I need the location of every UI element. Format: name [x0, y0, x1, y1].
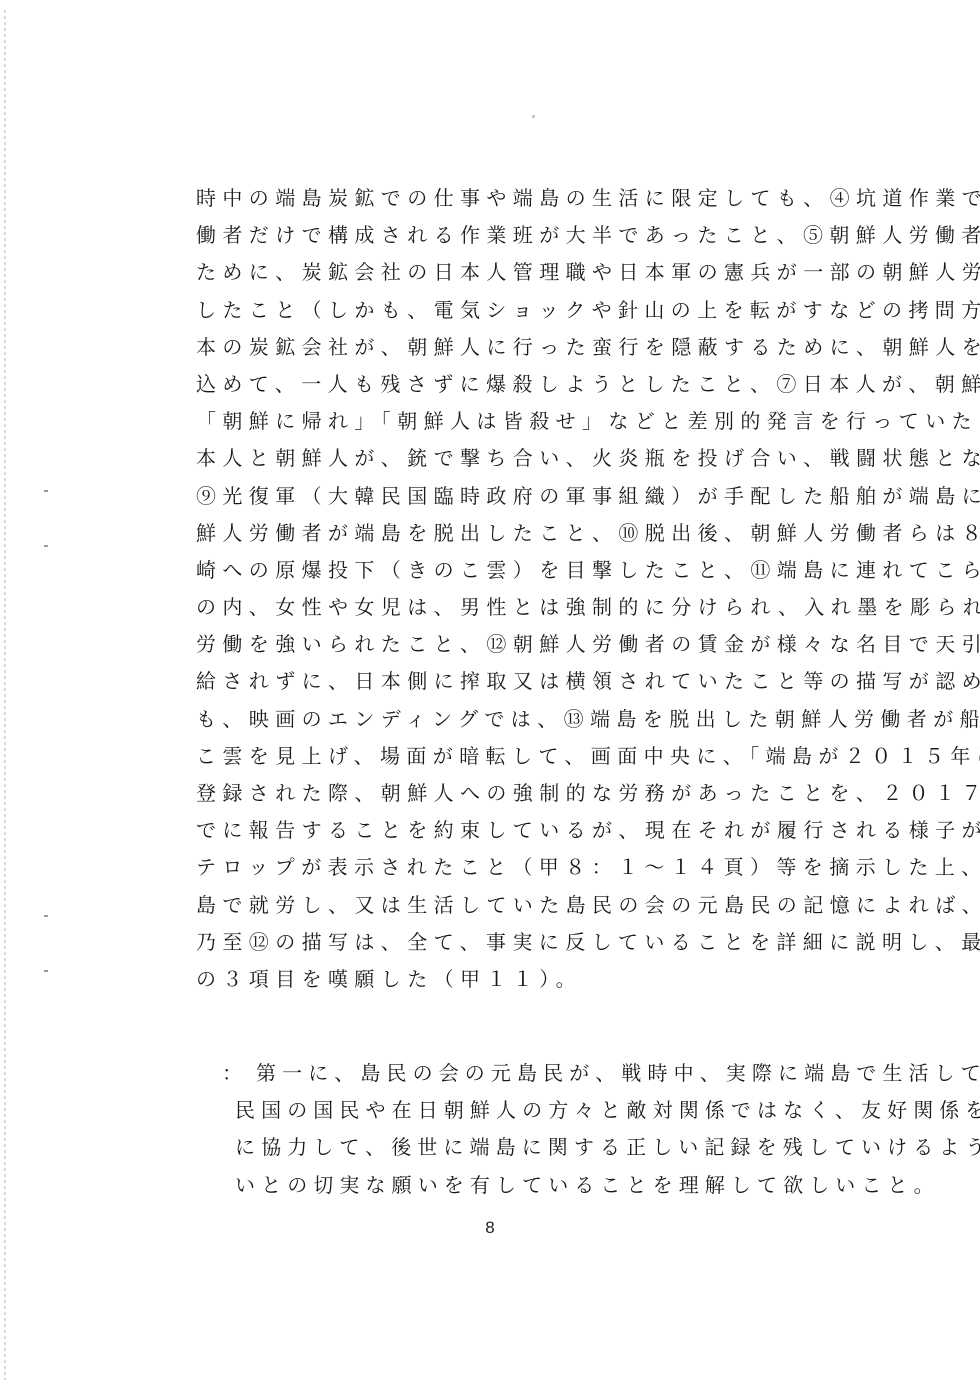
punch-hole-mark	[44, 915, 48, 917]
paragraph-line: テロップが表示されたこと（甲８：１～１４頁）等を摘示した上、戦時中、端	[196, 849, 866, 886]
list-item-line: 第一に、島民の会の元島民が、戦時中、実際に端島で生活していた大韓	[235, 1055, 980, 1092]
paragraph-line: したこと（しかも、電気ショックや針山の上を転がすなどの拷問方法）、⑥日	[196, 292, 866, 329]
page-number: 8	[0, 1218, 980, 1238]
body-paragraph: 時中の端島炭鉱での仕事や端島の生活に限定しても、④坑道作業で、朝鮮人労 働者だけ…	[196, 180, 866, 998]
paragraph-line: 込めて、一人も残さずに爆殺しようとしたこと、⑦日本人が、朝鮮人に対し、	[196, 366, 866, 403]
paragraph-line: 「朝鮮に帰れ」「朝鮮人は皆殺せ」などと差別的発言を行っていたこと、⑧日	[196, 403, 866, 440]
scan-edge-artifact	[4, 10, 6, 1380]
list-item-line: に協力して、後世に端島に関する正しい記録を残していけるよう尽力した	[235, 1129, 980, 1166]
paragraph-line: 時中の端島炭鉱での仕事や端島の生活に限定しても、④坑道作業で、朝鮮人労	[196, 180, 866, 217]
list-item-line: いとの切実な願いを有していることを理解して欲しいこと。	[235, 1167, 980, 1204]
paragraph-line: ⑨光復軍（大韓民国臨時政府の軍事組織）が手配した船舶が端島に接岸し、朝	[196, 478, 866, 515]
paragraph-line: 乃至⑫の描写は、全て、事実に反していることを詳細に説明し、最後に、以下	[196, 924, 866, 961]
paragraph-line: 労働を強いられたこと、⑫朝鮮人労働者の賃金が様々な名目で天引きされ、支	[196, 626, 866, 663]
paragraph-line: 崎への原爆投下（きのこ雲）を目撃したこと、⑪端島に連れてこられた朝鮮人	[196, 552, 866, 589]
paragraph-line: の３項目を嘆願した（甲１１）。	[196, 961, 866, 998]
paragraph-line: 登録された際、朝鮮人への強制的な労務があったことを、２０１７年１２月ま	[196, 775, 866, 812]
paragraph-line: 本の炭鉱会社が、朝鮮人に行った蛮行を隠蔽するために、朝鮮人を坑道に閉じ	[196, 329, 866, 366]
paragraph-line: 本人と朝鮮人が、銃で撃ち合い、火炎瓶を投げ合い、戦闘状態となったこと、	[196, 440, 866, 477]
scan-speck	[532, 115, 535, 118]
paragraph-line: でに報告することを約束しているが、現在それが履行される様子がない」との	[196, 812, 866, 849]
paragraph-line: 給されずに、日本側に搾取又は横領されていたこと等の描写が認められ、しか	[196, 663, 866, 700]
punch-hole-mark	[44, 545, 48, 547]
punch-hole-mark	[44, 970, 48, 972]
paragraph-line: ために、炭鉱会社の日本人管理職や日本軍の憲兵が一部の朝鮮人労働者を拷問	[196, 254, 866, 291]
paragraph-line: こ雲を見上げ、場面が暗転して、画面中央に、「端島が２０１５年に世界遺産	[196, 738, 866, 775]
paragraph-line: 島で就労し、又は生活していた島民の会の元島民の記憶によれば、上記②、④	[196, 887, 866, 924]
list-item-line: 民国の国民や在日朝鮮人の方々と敵対関係ではなく、友好関係を築き、共	[235, 1092, 980, 1129]
punch-hole-mark	[44, 490, 48, 492]
paragraph-line: 鮮人労働者が端島を脱出したこと、⑩脱出後、朝鮮人労働者らは８月９日の長	[196, 515, 866, 552]
paragraph-line: 働者だけで構成される作業班が大半であったこと、⑤朝鮮人労働者を管理する	[196, 217, 866, 254]
paragraph-line: の内、女性や女児は、男性とは強制的に分けられ、入れ墨を彫られ、遊郭での	[196, 589, 866, 626]
paragraph-line: も、映画のエンディングでは、⑬端島を脱出した朝鮮人労働者が船上からきの	[196, 701, 866, 738]
